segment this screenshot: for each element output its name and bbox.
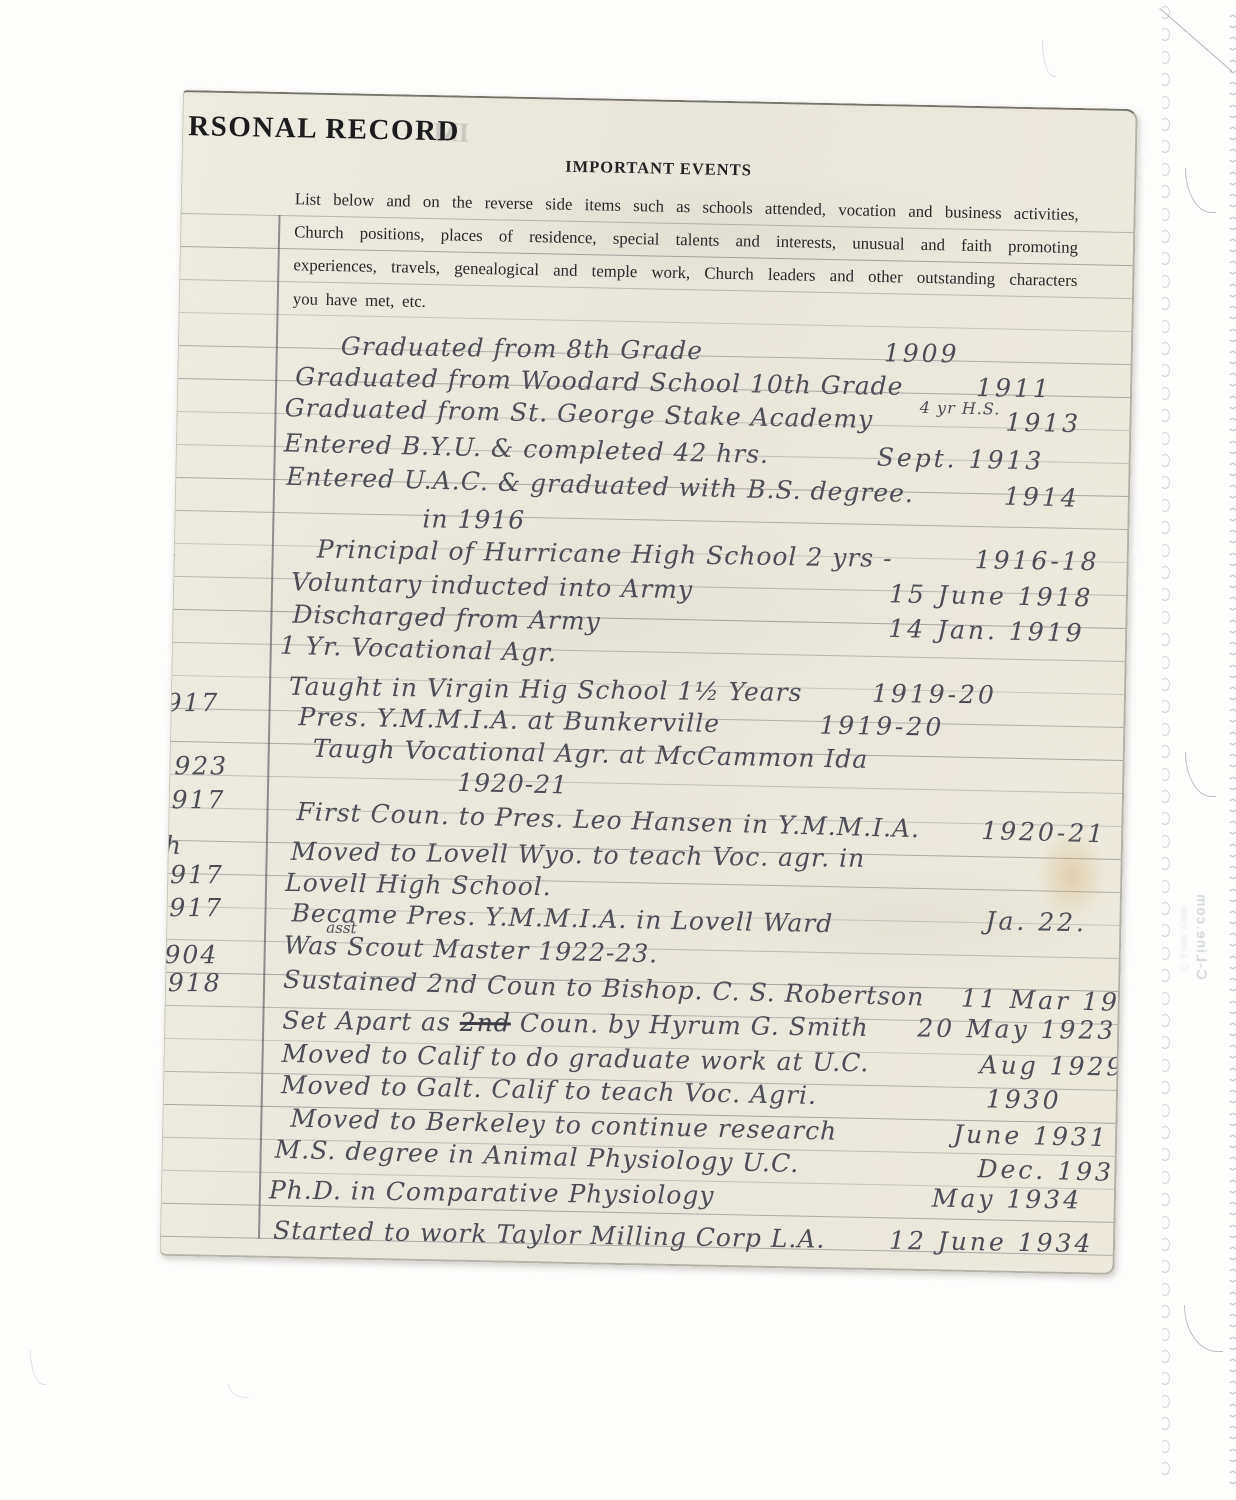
- edge-mark: [1228, 620, 1236, 633]
- edge-mark: [1228, 373, 1236, 386]
- margin-note: .1917: [160, 860, 224, 889]
- binding-hole: [1160, 297, 1170, 310]
- binding-hole: [1160, 1104, 1170, 1117]
- binding-hole: [1160, 924, 1170, 937]
- binding-hole: [1160, 96, 1170, 109]
- margin-note: .1918: [160, 968, 222, 997]
- edge-mark: [1228, 1202, 1236, 1215]
- ruled-lines: [184, 92, 1136, 111]
- edge-mark: [1228, 508, 1236, 521]
- margin-note: 1917: [160, 785, 226, 814]
- edge-mark: [1228, 441, 1236, 454]
- entry-text: Graduated from 8th Grade: [341, 332, 704, 365]
- edge-mark: [1228, 1292, 1236, 1305]
- edge-mark: [1228, 60, 1236, 73]
- binding-hole: [1160, 566, 1170, 579]
- edge-mark: [1228, 1180, 1236, 1193]
- margin-note: .1917: [160, 893, 224, 922]
- binding-hole: [1160, 28, 1170, 41]
- protector-watermark: C-Line.com: [1194, 893, 1210, 980]
- binding-hole: [1160, 6, 1170, 19]
- squeezed-note: 4 yr H.S.: [920, 398, 1001, 419]
- entry-date: Ja. 22.: [985, 906, 1087, 937]
- edge-mark: [1228, 732, 1236, 745]
- margin-note: 1923: [160, 751, 229, 780]
- margin-note: 1904: [160, 940, 219, 969]
- edge-mark: [1228, 553, 1236, 566]
- edge-mark: [1228, 1359, 1236, 1372]
- edge-mark: [1228, 777, 1236, 790]
- margin-divider-line: [258, 215, 280, 1239]
- entry-text: in 1916: [422, 504, 525, 534]
- binding-hole: [1160, 275, 1170, 288]
- entry-date: 1916-18: [974, 545, 1099, 576]
- page: IM RSONAL RECORD IMPORTANT EVENTS List b…: [160, 90, 1138, 1275]
- binding-hole: [1160, 1328, 1170, 1341]
- binding-hole: [1160, 969, 1170, 982]
- entry-text: Discharged from Army: [292, 600, 601, 636]
- binding-hole: [1160, 1193, 1170, 1206]
- binding-hole: [1160, 409, 1170, 422]
- entry-date: 12 June 1934: [889, 1226, 1094, 1258]
- binding-hole: [1160, 73, 1170, 86]
- entry-date: June 1931: [953, 1119, 1109, 1152]
- edge-mark: [1228, 1045, 1236, 1058]
- edge-mark: [1228, 1471, 1236, 1484]
- edge-mark: [1228, 687, 1236, 700]
- edge-mark: [1228, 889, 1236, 902]
- edge-mark: [1228, 866, 1236, 879]
- page-title: RSONAL RECORD: [188, 110, 460, 148]
- edge-mark: [1228, 1001, 1236, 1014]
- edge-mark: [1228, 239, 1236, 252]
- edge-mark: [1228, 844, 1236, 857]
- entry-date: 15 June 1918: [889, 579, 1094, 612]
- binding-hole: [1160, 544, 1170, 557]
- edge-mark: [1228, 911, 1236, 924]
- entry-date: 14 Jan. 1919: [888, 614, 1085, 648]
- edge-mark: [1228, 418, 1236, 431]
- binding-hole: [1160, 768, 1170, 781]
- binding-hole: [1160, 454, 1170, 467]
- edge-mark: [1228, 306, 1236, 319]
- edge-mark: [1228, 709, 1236, 722]
- binding-hole: [1160, 880, 1170, 893]
- edge-mark: [1228, 1404, 1236, 1417]
- edge-mark: [1228, 149, 1236, 162]
- edge-mark: [1228, 82, 1236, 95]
- binding-hole: [1160, 678, 1170, 691]
- edge-mark: [1228, 1381, 1236, 1394]
- edge-mark: [1228, 1314, 1236, 1327]
- entry-text: 1920-21: [457, 768, 569, 800]
- edge-mark: [1228, 642, 1236, 655]
- edge-mark: [1228, 15, 1236, 28]
- entry-text: Started to work Taylor Milling Corp L.A.: [273, 1216, 826, 1254]
- edge-mark: [1228, 172, 1236, 185]
- edge-mark: [1228, 575, 1236, 588]
- edge-mark: [1228, 217, 1236, 230]
- edge-mark: [1228, 485, 1236, 498]
- binding-hole: [1160, 1305, 1170, 1318]
- paper-curl-mark: [1185, 168, 1216, 213]
- margin-note: n: [161, 533, 179, 562]
- entry-date: Sept. 1913: [876, 443, 1044, 476]
- binding-hole: [1160, 1372, 1170, 1385]
- scanned-document: { "header": { "title": "RSONAL RECORD", …: [0, 0, 1236, 1500]
- binding-hole: [1160, 342, 1170, 355]
- edge-mark: [1228, 37, 1236, 50]
- binding-hole: [1160, 611, 1170, 624]
- binding-hole: [1160, 633, 1170, 646]
- entry-text: Taught in Virgin Hig School 1½ Years: [289, 672, 803, 707]
- binding-hole: [1160, 1260, 1170, 1273]
- edge-mark: [1228, 1068, 1236, 1081]
- binding-hole: [1160, 1283, 1170, 1296]
- pencil-squiggle: [30, 1350, 46, 1385]
- edge-mark: [1228, 1426, 1236, 1439]
- entry-text: Set Apart as 2nd Coun. by Hyrum G. Smith: [282, 1006, 869, 1042]
- binding-hole: [1160, 857, 1170, 870]
- entry-text: Lovell High School.: [285, 868, 552, 901]
- edge-mark: [1228, 1247, 1236, 1260]
- binding-hole: [1160, 208, 1170, 221]
- handwritten-entry: Started to work Taylor Milling Corp L.A.…: [273, 1216, 1138, 1263]
- binding-hole: [1160, 118, 1170, 131]
- edge-mark: [1228, 799, 1236, 812]
- edge-mark: [1228, 597, 1236, 610]
- edge-mark: [1228, 978, 1236, 991]
- entry-date: 1914: [1004, 482, 1080, 513]
- paper-curl-mark: [1185, 752, 1216, 797]
- entry-date: 1909: [884, 338, 960, 368]
- edge-mark: [1228, 1225, 1236, 1238]
- edge-mark: [1228, 665, 1236, 678]
- binding-hole: [1160, 1238, 1170, 1251]
- edge-mark: [1228, 284, 1236, 297]
- edge-mark: [1228, 1023, 1236, 1036]
- entry-date: 20 May 1923: [917, 1014, 1116, 1045]
- entry-date: 1930: [986, 1084, 1062, 1115]
- edge-mark: [1228, 1113, 1236, 1126]
- edge-mark: [1228, 1337, 1236, 1350]
- binding-hole: [1160, 1036, 1170, 1049]
- edge-mark: [1228, 1269, 1236, 1282]
- entry-text: Ph.D. in Comparative Physiology: [269, 1175, 715, 1210]
- binding-hole: [1160, 521, 1170, 534]
- entry-date: 11 Mar 1923: [961, 984, 1138, 1018]
- binding-hole: [1160, 364, 1170, 377]
- binding-hole: [1160, 790, 1170, 803]
- binding-hole: [1160, 252, 1170, 265]
- edge-mark: [1228, 956, 1236, 969]
- paper-crease-line: [1159, 8, 1232, 72]
- pencil-squiggle: [228, 1384, 249, 1398]
- binding-hole: [1160, 1440, 1170, 1453]
- protector-watermark-faint: C-Line.com: [1178, 905, 1189, 971]
- margin-notes: n191719231917th.1917.19171904.1918: [184, 92, 1136, 111]
- edge-mark: [1228, 1135, 1236, 1148]
- binding-hole: [1160, 51, 1170, 64]
- binding-hole: [1160, 1417, 1170, 1430]
- binding-hole: [1160, 723, 1170, 736]
- binding-hole: [1160, 1395, 1170, 1408]
- handwritten-entries: Graduated from 8th Grade1909Graduated fr…: [184, 92, 1136, 111]
- binding-hole: [1160, 812, 1170, 825]
- entry-date: Dec. 1931: [977, 1154, 1133, 1187]
- binding-hole: [1160, 1350, 1170, 1363]
- edge-mark: [1228, 396, 1236, 409]
- edge-mark: [1228, 933, 1236, 946]
- binding-hole: [1160, 476, 1170, 489]
- binding-hole: [1160, 1216, 1170, 1229]
- binding-hole: [1160, 1148, 1170, 1161]
- binding-hole: [1160, 745, 1170, 758]
- edge-mark: [1228, 329, 1236, 342]
- binding-hole: [1160, 140, 1170, 153]
- margin-note: 1917: [160, 688, 220, 717]
- edge-mark: [1228, 1157, 1236, 1170]
- superscript-note: asst: [326, 918, 357, 937]
- binding-hole: [1160, 835, 1170, 848]
- edge-mark: [1228, 754, 1236, 767]
- binding-hole: [1160, 163, 1170, 176]
- binding-hole: [1160, 499, 1170, 512]
- crossed-out-word: 2nd: [460, 1008, 511, 1038]
- edge-mark: [1228, 261, 1236, 274]
- edge-mark: [1228, 463, 1236, 476]
- pencil-squiggle: [1042, 40, 1056, 77]
- edge-mark: [1228, 194, 1236, 207]
- binding-hole: [1160, 1171, 1170, 1184]
- entry-text: Voluntary inducted into Army: [291, 567, 693, 604]
- binding-hole: [1160, 1462, 1170, 1475]
- entry-date: Aug 1929: [979, 1050, 1125, 1081]
- edge-mark: [1228, 530, 1236, 543]
- binding-hole: [1160, 656, 1170, 669]
- edge-mark: [1228, 1090, 1236, 1103]
- binding-hole: [1160, 947, 1170, 960]
- entry-date: 1919-20: [819, 711, 944, 742]
- binding-hole: [1160, 1081, 1170, 1094]
- binding-hole: [1160, 432, 1170, 445]
- binding-hole: [1160, 588, 1170, 601]
- binding-hole: [1160, 1126, 1170, 1139]
- paper-curl-mark: [1184, 1305, 1223, 1352]
- binding-hole: [1160, 185, 1170, 198]
- binding-hole: [1160, 230, 1170, 243]
- binding-hole: [1160, 700, 1170, 713]
- entry-date: 1913: [1005, 408, 1081, 439]
- entry-date: 1920-21: [981, 816, 1107, 848]
- edge-mark: [1228, 127, 1236, 140]
- entry-date: 1919-20: [872, 679, 997, 710]
- edge-mark: [1228, 1449, 1236, 1462]
- edge-mark: [1228, 821, 1236, 834]
- binding-hole: [1160, 902, 1170, 915]
- entry-date: May 1934: [932, 1184, 1083, 1215]
- entry-text: Pres. Y.M.M.I.A. at Bunkerville: [298, 702, 720, 738]
- edge-mark: [1228, 351, 1236, 364]
- binding-hole: [1160, 1059, 1170, 1072]
- margin-note: th: [160, 831, 183, 860]
- edge-mark: [1228, 105, 1236, 118]
- entry-text: Moved to Lovell Wyo. to teach Voc. agr. …: [291, 837, 866, 873]
- binding-hole: [1160, 1014, 1170, 1027]
- binding-hole: [1160, 320, 1170, 333]
- binding-hole: [1160, 387, 1170, 400]
- binding-hole: [1160, 992, 1170, 1005]
